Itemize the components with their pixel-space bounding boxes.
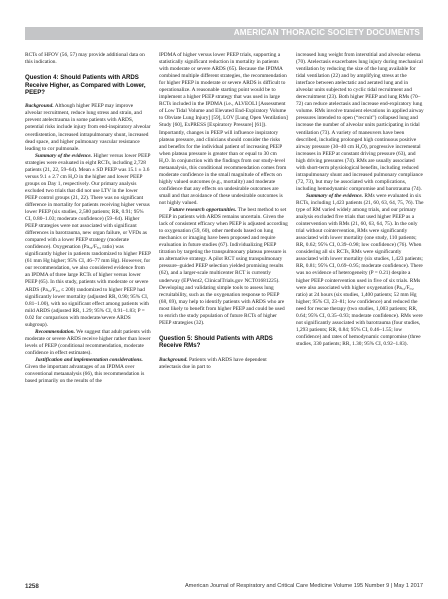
header-title: AMERICAN THORACIC SOCIETY DOCUMENTS: [234, 28, 420, 37]
run-in-heading-background: Background.: [25, 103, 54, 109]
paragraph-justification-cont: IPDMA of higher versus lower PEEP trials…: [159, 52, 288, 207]
paragraph-background-cont: increased lung weight from interstitial …: [296, 52, 424, 193]
paragraph-summary-evidence-q5: Summary of the evidence. RMs were evalua…: [296, 193, 424, 348]
paragraph-future-research: Future research opportunities. The best …: [159, 207, 288, 327]
run-in-heading-background: Background.: [159, 357, 188, 363]
paragraph-justification: Justification and implementation conside…: [25, 357, 151, 385]
column-1: RCTs of HFOV (56, 57) may provide additi…: [25, 52, 151, 385]
run-in-heading-summary: Summary of the evidence.: [35, 153, 92, 159]
column-3: increased lung weight from interstitial …: [296, 52, 424, 348]
paragraph-recommendation: Recommendation. We suggest that adult pa…: [25, 329, 151, 357]
paragraph-summary-evidence: Summary of the evidence. Higher versus l…: [25, 153, 151, 329]
paragraph-background-q5: Background. Patients with ARDS have depe…: [159, 357, 288, 371]
paragraph-intro: RCTs of HFOV (56, 57) may provide additi…: [25, 52, 151, 66]
run-in-heading-justification: Justification and implementation conside…: [35, 357, 143, 363]
journal-citation: American Journal of Respiratory and Crit…: [185, 583, 423, 589]
section-heading-question-5: Question 5: Should Patients with ARDS Re…: [159, 335, 288, 350]
section-heading-question-4: Question 4: Should Patients with ARDS Re…: [25, 74, 151, 96]
page-number: 1258: [25, 583, 39, 590]
run-in-heading-summary: Summary of the evidence.: [306, 193, 363, 199]
run-in-heading-future: Future research opportunities.: [169, 207, 237, 213]
run-in-heading-recommendation: Recommendation.: [35, 329, 75, 335]
journal-header-bar: AMERICAN THORACIC SOCIETY DOCUMENTS: [25, 27, 423, 40]
paragraph-background: Background. Although higher PEEP may imp…: [25, 103, 151, 152]
column-2: IPDMA of higher versus lower PEEP trials…: [159, 52, 288, 371]
